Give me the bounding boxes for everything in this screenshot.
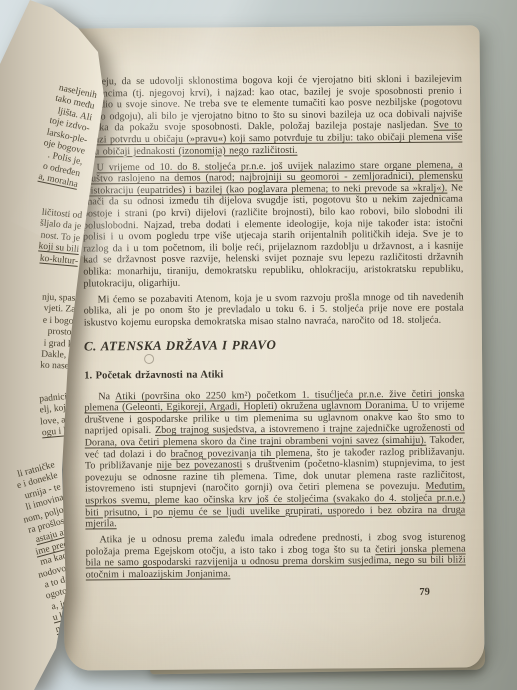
paragraph: Atika je u odnosu prema zaleđu imala odr… (85, 532, 465, 581)
page-number: 79 (86, 586, 466, 601)
paragraph: Mi ćemo se pozabaviti Atenom, koja je u … (84, 291, 464, 329)
annotation-row (84, 352, 464, 367)
body-text: padnici na (39, 391, 79, 404)
underlined-text: ogu i hoće (42, 425, 82, 438)
underlined-text: ali prošlom (56, 625, 100, 646)
left-page-text-fragments: nju, spasitivjeti. Zatoe i bogoveprostor… (0, 291, 83, 374)
paragraphs-before-heading: bazileju, da se udovolji sklonostima bog… (82, 74, 464, 329)
left-book-page: naseljenihtako međuljišta. Alitoje izdvo… (0, 0, 130, 690)
underlined-text: nije bez povezanosti (157, 459, 243, 471)
left-page-surface: naseljenihtako međuljišta. Alitoje izdvo… (0, 0, 130, 690)
underlined-text: U vrijeme od 10. do 8. stoljeća pr.n.e. … (83, 159, 463, 196)
body-text: bazileju, da se udovolji sklonostima bog… (82, 74, 462, 134)
body-text: Dakle, sve (41, 350, 81, 361)
subsection-heading: 1. Početak državnosti na Atiki (84, 368, 464, 383)
body-text: nju, spasiti (42, 293, 83, 304)
body-text: elj, koja je (39, 402, 80, 415)
paragraph: U vrijeme od 10. do 8. stoljeća pr.n.e. … (83, 159, 464, 290)
body-text: ko naselje. (40, 361, 81, 372)
section-heading: C. ATENSKA DRŽAVA I PRAVO (84, 338, 464, 353)
underlined-text: ko-kultur- (39, 253, 78, 266)
paragraph: Na Atiki (površina oko 2250 km²) početko… (84, 388, 465, 530)
paragraphs-after-heading: Na Atiki (površina oko 2250 km²) početko… (84, 388, 465, 581)
book-photo: bazileju, da se udovolji sklonostima bog… (0, 0, 517, 690)
body-text: Ne znači da su odnosi između tih dijelov… (83, 182, 464, 289)
paragraph: bazileju, da se udovolji sklonostima bog… (82, 74, 463, 158)
left-page-text-fragments: li ratničkee i donekleurnija - teli imov… (0, 460, 101, 656)
left-page-text-line: ko naselje. (0, 360, 81, 374)
left-page-text-fragments: naseljenihtako međuljišta. Alitoje izdvo… (0, 73, 98, 192)
body-text: i grad kao (43, 338, 81, 349)
body-text: e i bogove (43, 315, 83, 326)
underlined-text: bračnog povezivanja tih plemena (171, 447, 310, 459)
body-text: Mi ćemo se pozabaviti Atenom, koja je u … (84, 291, 464, 328)
left-page-text-fragments: ličitosti odšljalo da jenost. To jekoji … (0, 204, 82, 268)
left-page-text-fragments: padnici naelj, koja jelove, a op-ogu i h… (0, 391, 82, 443)
page-text: bazileju, da se udovolji sklonostima bog… (82, 74, 466, 601)
body-text: prostorni (48, 327, 83, 338)
body-text: vjeti. Zato (44, 304, 83, 315)
body-text: love, a op- (40, 414, 81, 427)
pencil-circle-mark (144, 354, 154, 364)
